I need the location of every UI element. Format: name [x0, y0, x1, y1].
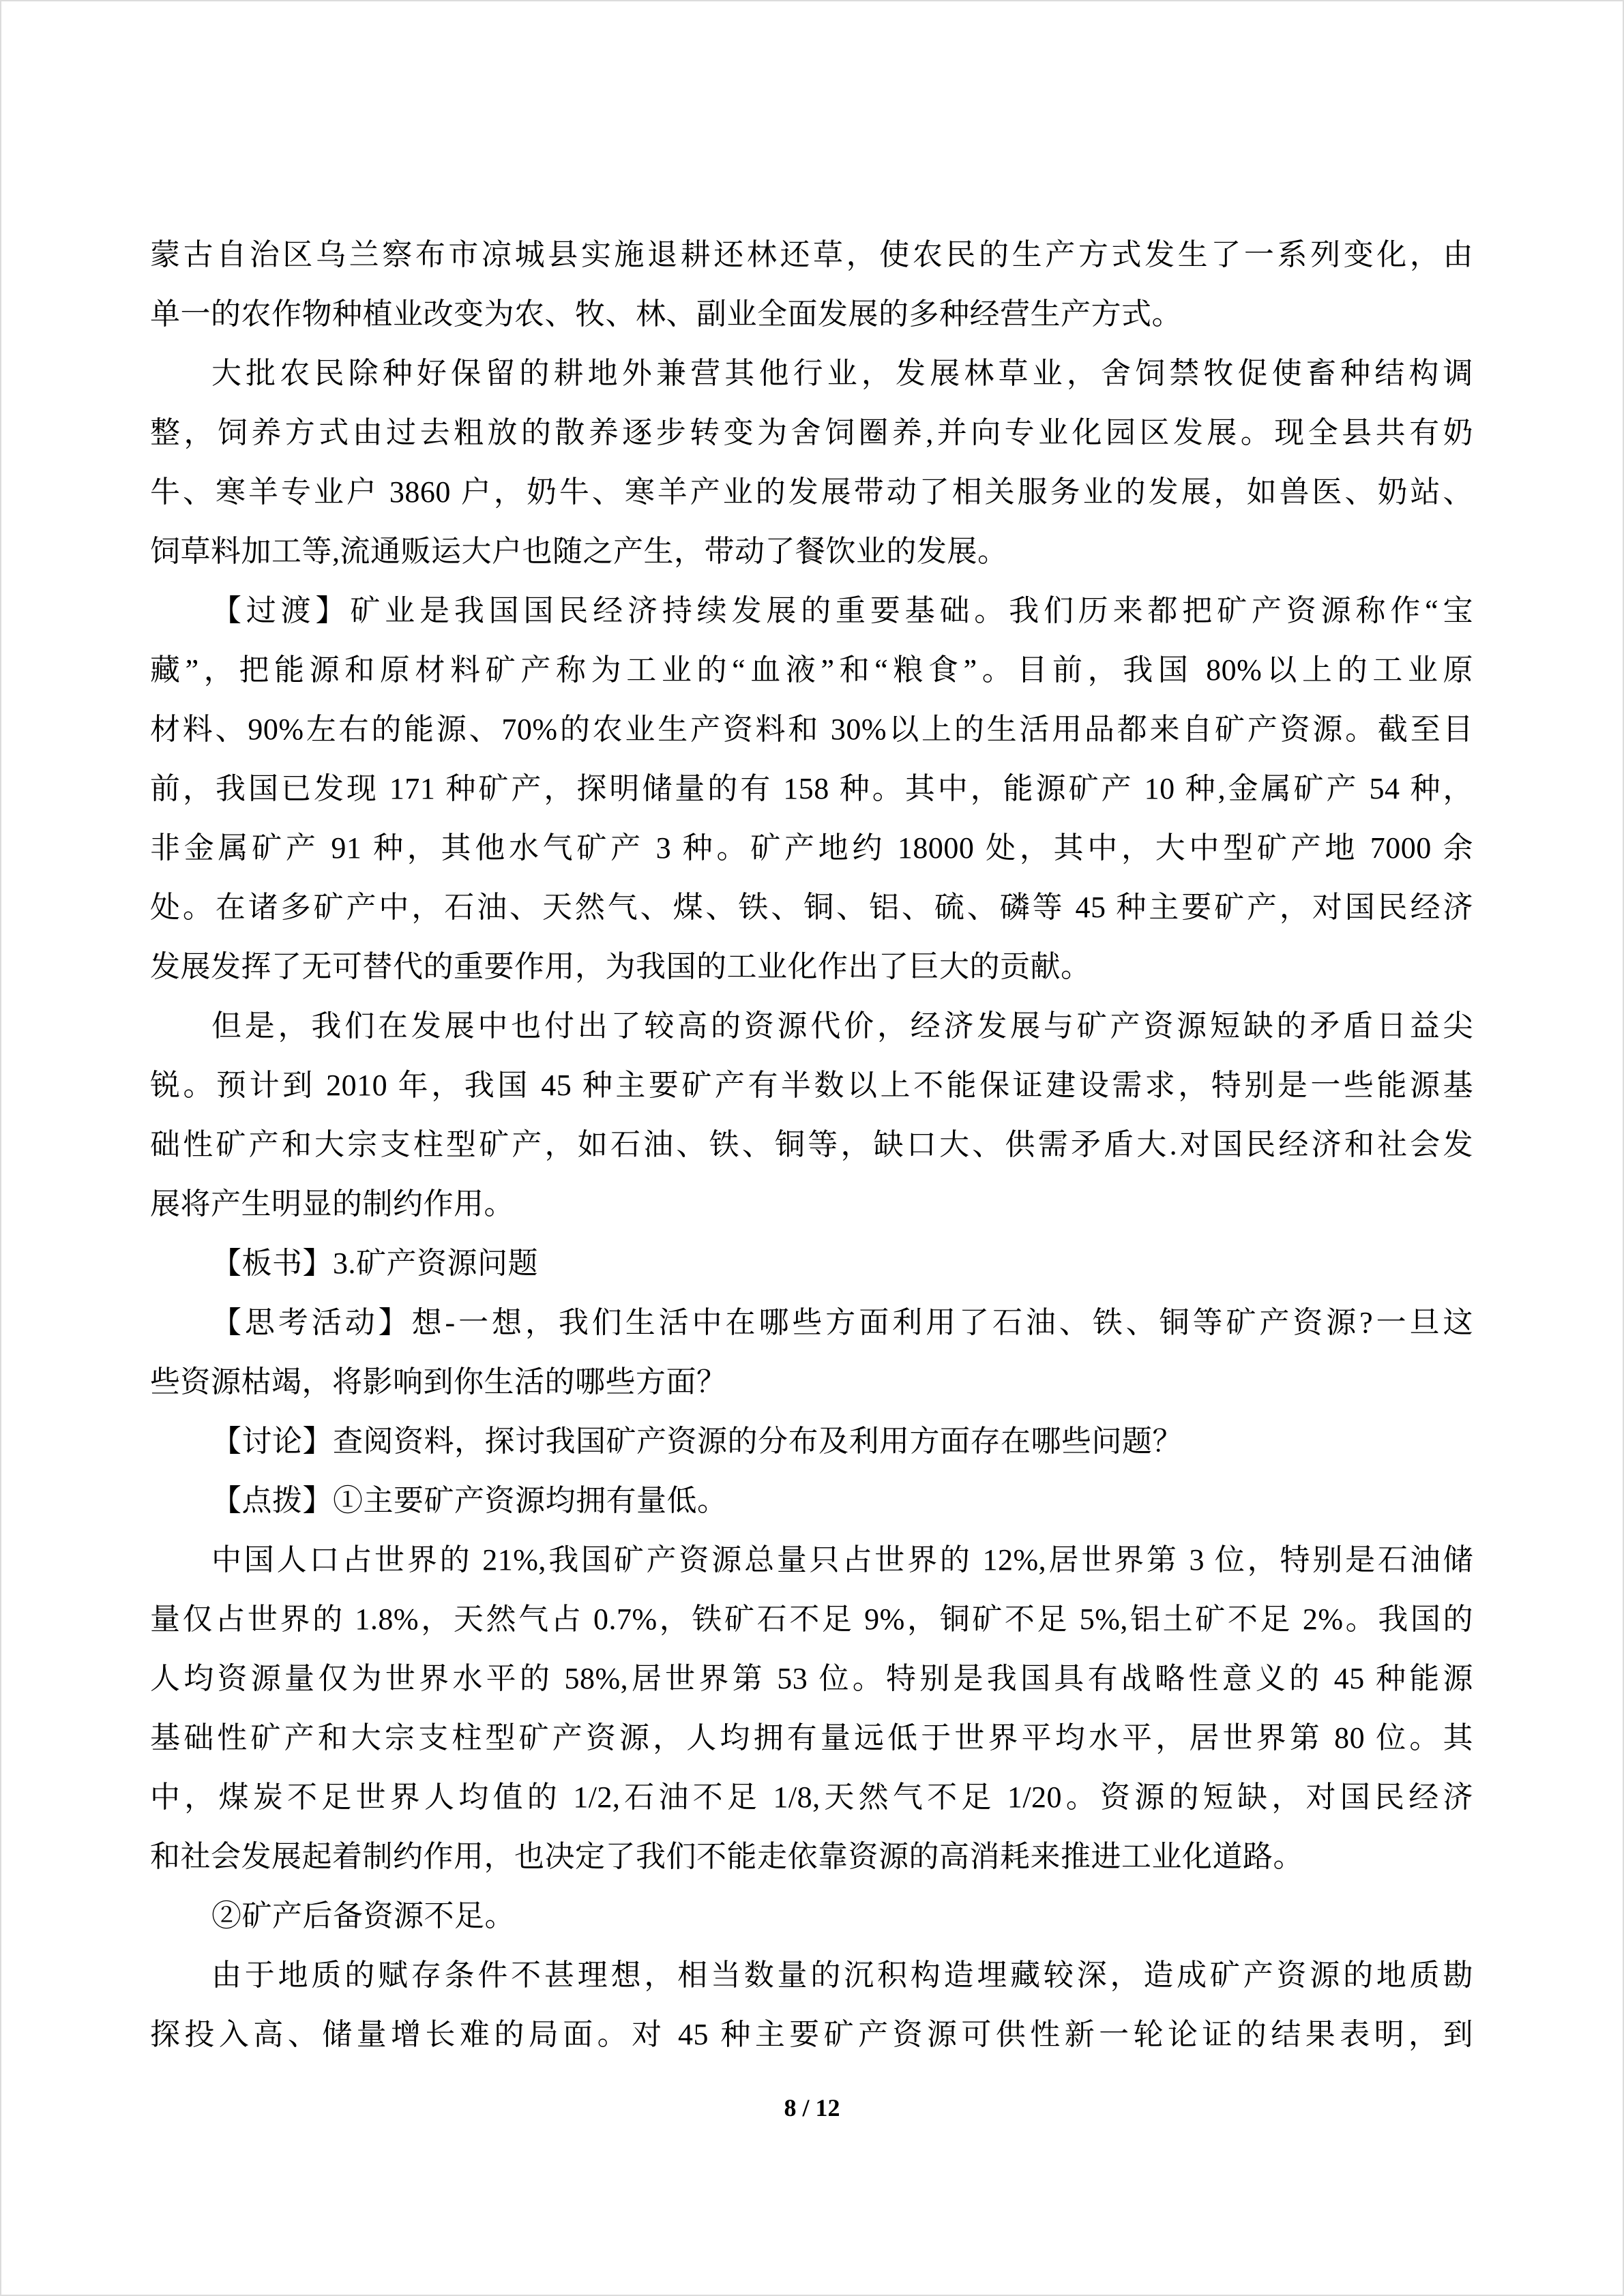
text-line: 材料、90%左右的能源、70%的农业生产资料和 30%以上的生活用品都来自矿产资… — [150, 700, 1473, 759]
document-page: 蒙古自治区乌兰察布市凉城县实施退耕还林还草，使农民的生产方式发生了一系列变化，由… — [0, 0, 1624, 2296]
text-line: 整，饲养方式由过去粗放的散养逐步转变为舍饲圈养,并向专业化园区发展。现全县共有奶 — [150, 403, 1473, 462]
text-line: 由于地质的赋存条件不甚理想，相当数量的沉积构造埋藏较深，造成矿产资源的地质勘 — [150, 1945, 1473, 2005]
text-line: 非金属矿产 91 种，其他水气矿产 3 种。矿产地约 18000 处，其中，大中… — [150, 818, 1473, 878]
text-line: ②矿产后备资源不足。 — [150, 1886, 1473, 1945]
text-line: 【点拨】①主要矿产资源均拥有量低。 — [150, 1471, 1473, 1530]
text-line: 发展发挥了无可替代的重要作用，为我国的工业化作出了巨大的贡献。 — [150, 937, 1473, 996]
text-line: 中国人口占世界的 21%,我国矿产资源总量只占世界的 12%,居世界第 3 位，… — [150, 1530, 1473, 1590]
text-line: 基础性矿产和大宗支柱型矿产资源，人均拥有量远低于世界平均水平，居世界第 80 位… — [150, 1708, 1473, 1768]
text-line: 藏”，把能源和原材料矿产称为工业的“血液”和“粮食”。目前，我国 80%以上的工… — [150, 640, 1473, 700]
text-line: 牛、寒羊专业户 3860 户，奶牛、寒羊产业的发展带动了相关服务业的发展，如兽医… — [150, 462, 1473, 522]
text-line: 量仅占世界的 1.8%，天然气占 0.7%，铁矿石不足 9%，铜矿不足 5%,铝… — [150, 1590, 1473, 1649]
text-line: 【板书】3.矿产资源问题 — [150, 1234, 1473, 1293]
document-body-text: 蒙古自治区乌兰察布市凉城县实施退耕还林还草，使农民的生产方式发生了一系列变化，由… — [150, 225, 1473, 2064]
text-line: 处。在诸多矿产中，石油、天然气、煤、铁、铜、铝、硫、磷等 45 种主要矿产，对国… — [150, 878, 1473, 937]
text-line: 【讨论】查阅资料，探讨我国矿产资源的分布及利用方面存在哪些问题？ — [150, 1412, 1473, 1471]
text-line: 础性矿产和大宗支柱型矿产，如石油、铁、铜等，缺口大、供需矛盾大.对国民经济和社会… — [150, 1115, 1473, 1174]
text-line: 饲草料加工等,流通贩运大户也随之产生，带动了餐饮业的发展。 — [150, 522, 1473, 581]
page-number-footer: 8 / 12 — [0, 2093, 1624, 2122]
text-line: 大批农民除种好保留的耕地外兼营其他行业，发展林草业，舍饲禁牧促使畜种结构调 — [150, 344, 1473, 403]
text-line: 蒙古自治区乌兰察布市凉城县实施退耕还林还草，使农民的生产方式发生了一系列变化，由 — [150, 225, 1473, 284]
text-line: 锐。预计到 2010 年，我国 45 种主要矿产有半数以上不能保证建设需求，特别… — [150, 1056, 1473, 1115]
text-line: 中，煤炭不足世界人均值的 1/2,石油不足 1/8,天然气不足 1/20。资源的… — [150, 1768, 1473, 1827]
text-line: 单一的农作物种植业改变为农、牧、林、副业全面发展的多种经营生产方式。 — [150, 284, 1473, 344]
text-line: 人均资源量仅为世界水平的 58%,居世界第 53 位。特别是我国具有战略性意义的… — [150, 1649, 1473, 1708]
text-line: 展将产生明显的制约作用。 — [150, 1174, 1473, 1234]
text-line: 和社会发展起着制约作用，也决定了我们不能走依靠资源的高消耗来推进工业化道路。 — [150, 1827, 1473, 1886]
text-line: 但是，我们在发展中也付出了较高的资源代价，经济发展与矿产资源短缺的矛盾日益尖 — [150, 996, 1473, 1056]
text-line: 【思考活动】想-一想，我们生活中在哪些方面利用了石油、铁、铜等矿产资源?一旦这 — [150, 1293, 1473, 1352]
text-line: 【过渡】矿业是我国国民经济持续发展的重要基础。我们历来都把矿产资源称作“宝 — [150, 581, 1473, 640]
text-line: 探投入高、储量增长难的局面。对 45 种主要矿产资源可供性新一轮论证的结果表明，… — [150, 2005, 1473, 2064]
text-line: 些资源枯竭，将影响到你生活的哪些方面？ — [150, 1352, 1473, 1412]
text-line: 前，我国已发现 171 种矿产，探明储量的有 158 种。其中，能源矿产 10 … — [150, 759, 1473, 818]
